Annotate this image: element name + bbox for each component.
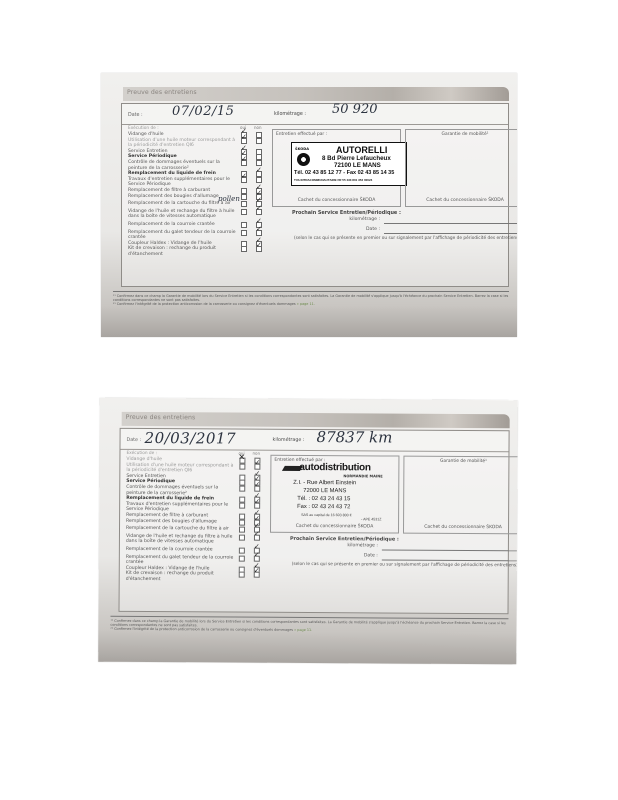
divider [122, 124, 508, 125]
task-label: Utilisation d'une huile moteur correspon… [126, 462, 233, 473]
task-row: Vidange de l'huile et rechange du filtre… [126, 534, 266, 546]
next-km-field[interactable] [382, 549, 518, 551]
checkbox-oui[interactable] [241, 201, 247, 207]
checkbox-oui[interactable] [239, 555, 245, 561]
stamp-phone: Tél. 02 43 85 12 77 - Fax 02 43 85 14 35 [294, 170, 394, 176]
task-row: Kit de crevaison : rechange du produit d… [126, 571, 266, 583]
dealer-stamp-box: Entretien effectué par : ŠKODA AUTORELLI… [272, 129, 401, 207]
stamp-subtitle: NORMANDIE MAINE [343, 474, 382, 478]
task-row: Utilisation d'une huile moteur correspon… [126, 462, 266, 474]
task-label: Travaux d'entretien supplémentaires pour… [126, 502, 228, 513]
column-non: non [254, 125, 262, 130]
checkbox-non[interactable] [254, 486, 260, 492]
task-row: Remplacement de la cartouche du filtre à… [126, 526, 266, 532]
task-label: Kit de crevaison : rechange du produit d… [128, 246, 216, 257]
stamp-capital: SAS au capital de 16 603 800 € [301, 513, 352, 517]
garantie-box: Garantie de mobilité¹ Cachet du concessi… [405, 129, 517, 207]
task-row: Remplacement des bougies d'allumage [128, 194, 268, 200]
section-title: Preuve des entretiens [127, 89, 197, 96]
cachet-caption: Cachet du concessionnaire ŠKODA [271, 524, 398, 530]
task-label: Remplacement de la cartouche du filtre à… [128, 201, 231, 206]
task-label: Remplacement de filtre à carburant [128, 188, 210, 193]
checkbox-non[interactable] [256, 209, 262, 215]
stamp-address-line-2: 72000 LE MANS [303, 488, 346, 494]
task-label: Utilisation d'une huile moteur correspon… [128, 138, 235, 149]
task-label: Remplacement de la courroie crantée [128, 222, 215, 227]
stamp-dealer-name: autodistribution [299, 462, 370, 473]
checkbox-oui[interactable] [241, 246, 247, 252]
task-label: Remplacement de la cartouche du filtre à… [126, 526, 229, 532]
next-service: Prochain Service Entretien/Périodique : … [270, 536, 518, 569]
next-km-label: kilométrage : [347, 543, 378, 548]
footnotes: ¹¹ Confirmez dans ce champ la Garantie d… [113, 291, 509, 307]
checkbox-oui[interactable] [241, 177, 247, 183]
next-date-label: Date : [364, 553, 378, 558]
task-label: Vidange d'huile [128, 132, 164, 137]
stamp-phone: Tél. : 02 43 24 43 15 [297, 496, 350, 502]
task-label: Travaux d'entretien supplémentaires pour… [128, 177, 230, 188]
next-service-note: (selon le cas qui se présente en premier… [272, 236, 517, 241]
page-link[interactable]: » page 11. [294, 628, 312, 632]
checkbox-oui[interactable] [241, 222, 247, 228]
checkbox-oui[interactable] [241, 209, 247, 215]
section-title: Preuve des entretiens [126, 414, 196, 421]
column-non: non [252, 451, 260, 456]
next-date-label: Date : [366, 227, 380, 232]
checkbox-non[interactable] [254, 502, 260, 508]
task-row: Remplacement des bougies d'allumage [126, 518, 266, 524]
task-row: Remplacement de la cartouche du filtre à… [128, 201, 268, 207]
garantie-label: Garantie de mobilité¹ [406, 132, 517, 137]
checkbox-non[interactable] [256, 160, 262, 166]
task-label: Kit de crevaison : rechange du produit d… [126, 571, 214, 582]
date-label: Date : [127, 438, 142, 443]
checkbox-non[interactable] [256, 230, 262, 236]
task-list: Vidange d'huileUtilisation d'une huile m… [128, 132, 268, 257]
record-frame: Date : 07/02/15 kilométrage : 50 920 Exé… [121, 103, 509, 287]
task-label: Vidange de l'huile et rechange du filtre… [126, 534, 233, 545]
task-label: Remplacement des bougies d'allumage [128, 194, 219, 199]
tasks-header: Exécution de : [128, 126, 159, 131]
skoda-logo-icon [297, 153, 310, 166]
checkbox-oui[interactable] [239, 527, 245, 533]
footnote-2: ²¹ Confirmez l'intégrité de la protectio… [113, 302, 296, 306]
next-service: Prochain Service Entretien/Périodique : … [272, 210, 517, 241]
checkbox-oui[interactable] [241, 194, 247, 200]
checkbox-non[interactable] [254, 572, 260, 578]
date-value: 07/02/15 [172, 104, 234, 119]
checkbox-oui[interactable] [241, 138, 247, 144]
task-row: Travaux d'entretien supplémentaires pour… [128, 177, 268, 188]
checkbox-non[interactable] [256, 246, 262, 252]
stamp-ape: - APE 4531Z [361, 517, 381, 521]
task-row: Remplacement du galet tendeur de la cour… [126, 554, 266, 566]
task-row: Travaux d'entretien supplémentaires pour… [126, 502, 266, 514]
checkbox-oui[interactable] [239, 463, 245, 469]
stamp-address-line-2: 72100 LE MANS [334, 162, 381, 169]
maintenance-record-photo-2: Preuve des entretiens Date : 20/03/2017 … [98, 398, 518, 665]
footnote-1: ¹¹ Confirmez dans ce champ la Garantie d… [113, 294, 509, 302]
garantie-box: Garantie de mobilité¹ Cachet du concessi… [403, 456, 518, 535]
date-value: 20/03/2017 [145, 429, 237, 448]
task-label: Service Périodique [128, 154, 177, 159]
task-row: Utilisation d'une huile moteur correspon… [128, 138, 268, 149]
section-header-band: Preuve des entretiens [123, 87, 509, 101]
record-frame: Date : 20/03/2017 kilométrage : 87837 km… [119, 428, 510, 614]
checkbox-oui[interactable] [239, 547, 245, 553]
checkbox-oui[interactable] [239, 502, 245, 508]
checkbox-oui[interactable] [239, 486, 245, 492]
next-km-label: kilométrage : [349, 217, 380, 222]
task-row: Remplacement de la courroie crantée [128, 222, 268, 228]
task-label: Remplacement du liquide de frein [128, 171, 216, 176]
km-value: 50 920 [332, 102, 378, 117]
task-row: Remplacement du galet tendeur de la cour… [128, 230, 268, 241]
cachet-caption: Cachet du concessionnaire ŠKODA [406, 198, 517, 203]
stamp-tva: TVA INTRACOMMUNAUTAIRE FR 55 433 801 352… [294, 178, 372, 182]
task-row: Remplacement de la courroie crantée [126, 547, 266, 553]
garantie-label: Garantie de mobilité¹ [404, 459, 517, 465]
footnote-2: ²¹ Confirmez l'intégrité de la protectio… [110, 627, 293, 632]
checkbox-non[interactable] [254, 534, 260, 540]
task-row: Vidange de l'huile et rechange du filtre… [128, 209, 268, 220]
task-label: Remplacement de la courroie crantée [126, 547, 213, 553]
dealer-stamp-box: Entretien effectué par : autodistributio… [270, 455, 399, 534]
task-row: Contrôle de dommages éventuels sur la pe… [128, 160, 268, 171]
task-label: Vidange de l'huile et rechange du filtre… [128, 209, 234, 220]
footnotes: ¹¹ Confirmez dans ce champ la Garantie d… [110, 616, 508, 634]
dealer-stamp: ŠKODA AUTORELLI 8 Bd Pierre Lefaucheux 7… [291, 142, 407, 186]
stamp-brand: ŠKODA [295, 147, 309, 151]
stamp-address-line-1: Z.I. - Rue Albert Einstein [293, 480, 356, 486]
task-label: Coupleur Haldex : Vidange de l'huile [128, 241, 212, 246]
date-label: Date : [128, 113, 143, 118]
checkbox-non[interactable] [256, 177, 262, 183]
task-label: Remplacement des bougies d'allumage [126, 518, 217, 524]
task-list: Vidange d'huileUtilisation d'une huile m… [126, 457, 267, 583]
checkbox-non[interactable] [254, 463, 260, 469]
next-date-field[interactable] [384, 233, 517, 234]
handwritten-note: pollen [218, 195, 240, 203]
tasks-header: Exécution de : [126, 451, 157, 456]
cachet-caption: Cachet du concessionnaire ŠKODA [404, 525, 518, 531]
maintenance-record-photo-1: Preuve des entretiens Date : 07/02/15 ki… [101, 73, 517, 337]
stamp-dealer-name: AUTORELLI [336, 145, 387, 155]
km-label: kilométrage : [273, 438, 305, 443]
next-date-field[interactable] [382, 559, 518, 561]
section-header-band: Preuve des entretiens [122, 412, 510, 428]
task-label: Contrôle de dommages éventuels sur la pe… [128, 160, 220, 171]
page-link[interactable]: » page 11. [297, 302, 315, 306]
checkbox-oui[interactable] [241, 160, 247, 166]
task-label: Remplacement du galet tendeur de la cour… [126, 554, 234, 565]
km-label: kilométrage : [274, 112, 306, 117]
km-value: 87837 km [317, 428, 393, 446]
stamp-fax: Fax : 02 43 24 43 72 [297, 504, 350, 510]
task-label: Vidange d'huile [126, 457, 162, 462]
dealer-stamp: autodistribution NORMANDIE MAINE Z.I. - … [283, 462, 403, 525]
checkbox-oui[interactable] [239, 572, 245, 578]
checkbox-oui[interactable] [239, 519, 245, 525]
task-label: Remplacement du galet tendeur de la cour… [128, 230, 236, 241]
task-row: Kit de crevaison : rechange du produit d… [128, 246, 268, 257]
checkbox-oui[interactable] [239, 534, 245, 540]
entretien-label: Entretien effectué par : [276, 132, 327, 137]
task-label: Contrôle de dommages éventuels sur la pe… [126, 485, 218, 496]
stamp-address-line-1: 8 Bd Pierre Lefaucheux [322, 155, 391, 162]
divider [120, 449, 508, 452]
checkbox-non[interactable] [256, 138, 262, 144]
next-km-field[interactable] [384, 223, 517, 224]
checkbox-oui[interactable] [241, 230, 247, 236]
checkbox-non[interactable] [254, 555, 260, 561]
cachet-caption: Cachet du concessionnaire ŠKODA [273, 198, 400, 203]
task-label: Service Périodique [126, 479, 175, 484]
